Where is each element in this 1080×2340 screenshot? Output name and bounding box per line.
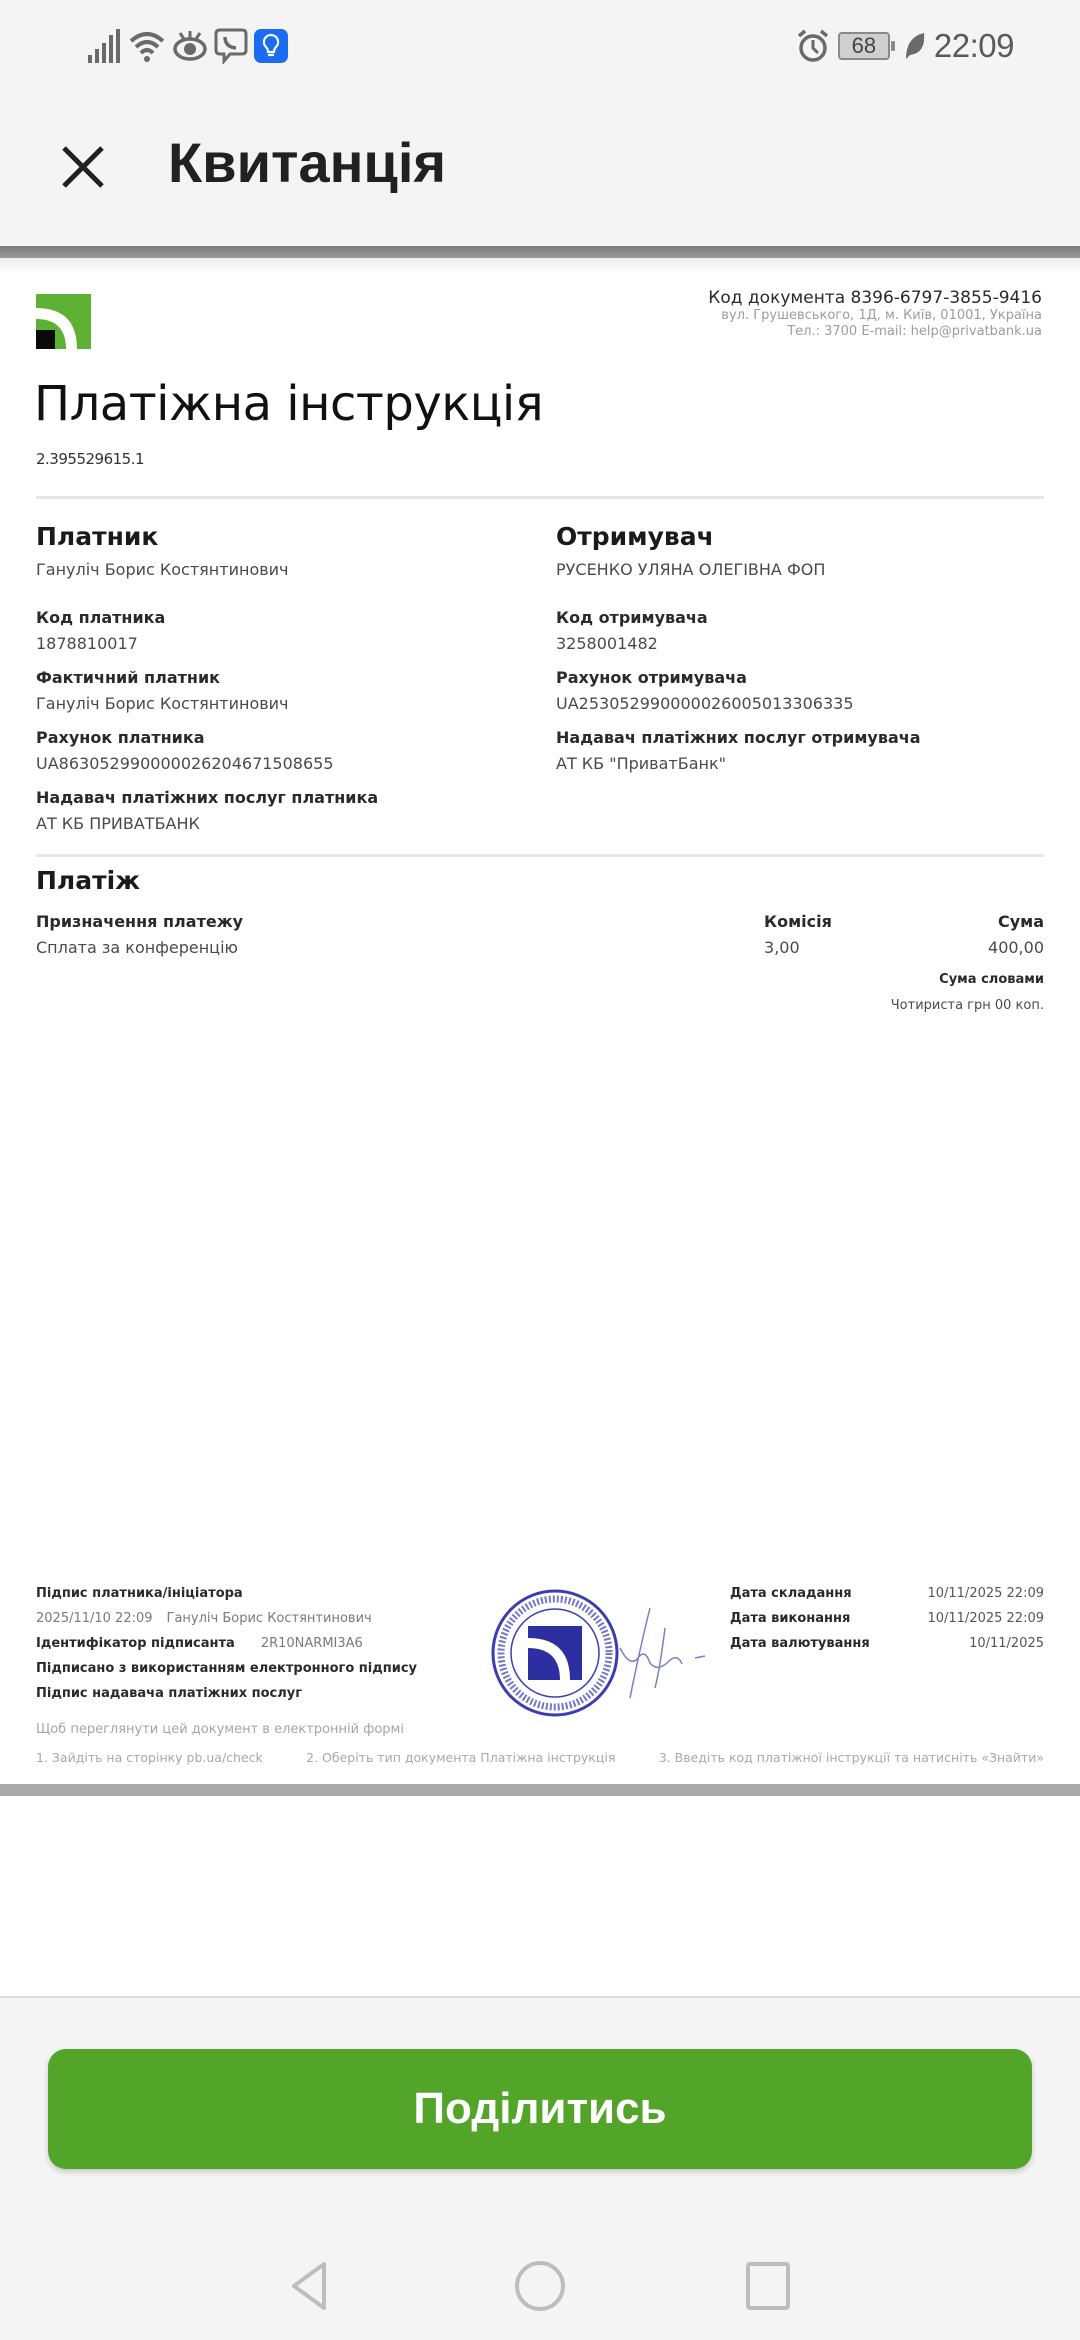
payer-section: Платник Гануліч Борис Костянтинович Код …: [36, 522, 536, 836]
back-icon: [282, 2256, 342, 2316]
payment-table: Призначення платежу Комісія Сума Сплата …: [36, 908, 1044, 960]
divider: [36, 496, 1044, 499]
recipient-account-field: Рахунок отримувача UA2530529900000260050…: [556, 668, 1056, 716]
payment-amount: 400,00: [924, 938, 1044, 957]
wifi-icon: [128, 29, 166, 63]
dates-block: Дата складання 10/11/2025 22:09 Дата вик…: [730, 1586, 1044, 1661]
verification-steps: 1. Зайдіть на сторінку pb.ua/check 2. Об…: [36, 1750, 1044, 1765]
nav-recents-button[interactable]: [738, 2256, 798, 2316]
system-nav-bar: [0, 2220, 1080, 2340]
page-title: Квитанція: [168, 130, 446, 195]
date-executed: Дата виконання 10/11/2025 22:09: [730, 1611, 1044, 1636]
step-2: 2. Оберіть тип документа Платіжна інстру…: [306, 1750, 615, 1765]
recipient-code-field: Код отримувача 3258001482: [556, 608, 1056, 656]
document-viewer-padding: [0, 1796, 1080, 1998]
payer-code-field: Код платника 1878810017: [36, 608, 536, 656]
sign-datetime: 2025/11/10 22:09: [36, 1611, 153, 1626]
recipient-name: РУСЕНКО УЛЯНА ОЛЕГІВНА ФОП: [556, 560, 1056, 584]
recipient-section: Отримувач РУСЕНКО УЛЯНА ОЛЕГІВНА ФОП Код…: [556, 522, 1056, 776]
privatbank-logo-icon: [36, 294, 91, 349]
document-edge: [0, 1784, 1080, 1796]
actual-payer-field: Фактичний платник Гануліч Борис Костянти…: [36, 668, 536, 716]
document-title: Платіжна інструкція: [34, 376, 543, 432]
divider: [36, 854, 1044, 857]
share-button[interactable]: Поділитись: [48, 2049, 1032, 2169]
bank-contacts: Тел.: 3700 E-mail: help@privatbank.ua: [708, 324, 1042, 340]
payment-table-header: Призначення платежу Комісія Сума: [36, 908, 1044, 934]
viber-icon: [214, 28, 248, 64]
nav-home-button[interactable]: [510, 2256, 570, 2316]
date-compiled: Дата складання 10/11/2025 22:09: [730, 1586, 1044, 1611]
recipient-heading: Отримувач: [556, 522, 1056, 556]
signature-block: Підпис платника/ініціатора 2025/11/10 22…: [36, 1586, 476, 1711]
alarm-icon: [796, 28, 830, 64]
signal-icon: [86, 29, 122, 63]
payment-purpose: Сплата за конференцію: [36, 938, 764, 957]
recipient-provider-field: Надавач платіжних послуг отримувача АТ К…: [556, 728, 1056, 776]
payment-commission: 3,00: [764, 938, 924, 957]
document-number: 2.395529615.1: [36, 450, 144, 468]
status-icons-right: 68 22:09: [796, 26, 1014, 66]
payment-heading: Платіж: [36, 866, 140, 895]
payer-heading: Платник: [36, 522, 536, 556]
payer-provider-field: Надавач платіжних послуг платника АТ КБ …: [36, 788, 536, 836]
receipt-document[interactable]: Код документа 8396-6797-3855-9416 вул. Г…: [0, 258, 1080, 1784]
app-bar-shadow: [0, 246, 1080, 258]
status-bar: 68 22:09: [0, 0, 1080, 92]
step-3: 3. Введіть код платіжної інструкції та н…: [659, 1750, 1044, 1765]
document-code-block: Код документа 8396-6797-3855-9416 вул. Г…: [708, 288, 1042, 340]
battery-icon: 68: [838, 32, 890, 60]
bank-stamp-icon: [490, 1588, 620, 1718]
leaf-icon: [904, 31, 926, 61]
clock: 22:09: [934, 27, 1014, 65]
payer-name: Гануліч Борис Костянтинович: [36, 560, 536, 584]
home-icon: [510, 2256, 570, 2316]
view-hint: Щоб переглянути цей документ в електронн…: [36, 1722, 404, 1737]
recents-icon: [738, 2256, 798, 2316]
sign-name: Гануліч Борис Костянтинович: [167, 1611, 372, 1626]
bank-address: вул. Грушевського, 1Д, м. Київ, 01001, У…: [708, 308, 1042, 324]
signer-id: 2R10NARMI3A6: [261, 1636, 363, 1651]
table-row: Сплата за конференцію 3,00 400,00: [36, 934, 1044, 960]
date-value: Дата валютування 10/11/2025: [730, 1636, 1044, 1661]
close-icon: [56, 140, 110, 194]
eye-icon: [172, 29, 208, 63]
document-code: Код документа 8396-6797-3855-9416: [708, 288, 1042, 308]
amount-in-words: Сума словами Чотириста грн 00 коп.: [891, 972, 1044, 1013]
step-1: 1. Зайдіть на сторінку pb.ua/check: [36, 1750, 263, 1765]
payer-account-field: Рахунок платника UA863052990000026204671…: [36, 728, 536, 776]
lightbulb-icon: [254, 29, 288, 63]
handwritten-signature-icon: [610, 1588, 710, 1718]
app-bar: [0, 92, 1080, 246]
nav-back-button[interactable]: [282, 2256, 342, 2316]
close-button[interactable]: [56, 140, 110, 194]
status-icons-left: [86, 28, 288, 64]
